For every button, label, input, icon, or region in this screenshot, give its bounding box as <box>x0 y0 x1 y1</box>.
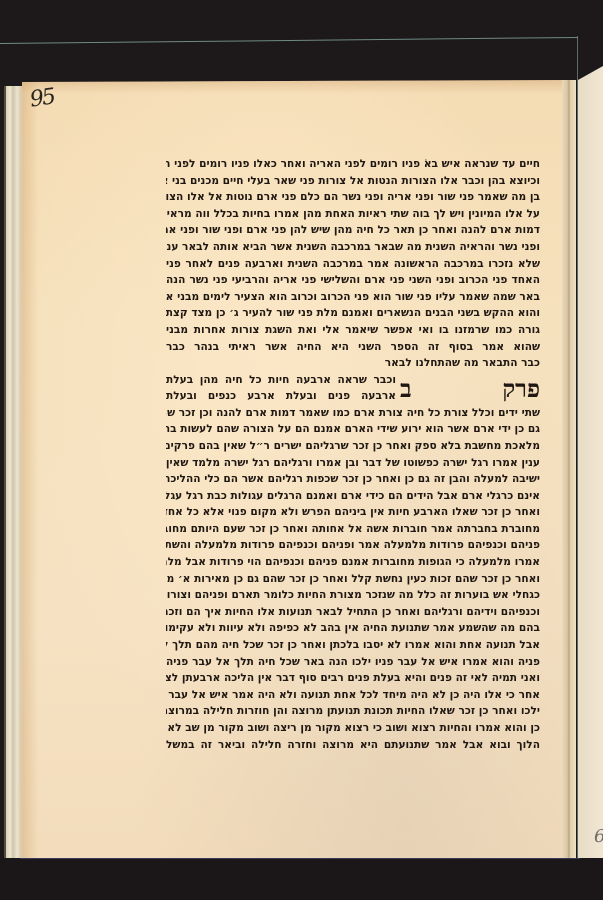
glass-plate-edge-bottom <box>20 858 580 859</box>
text-line: והוא ההקש בשני הבנים הנשארים ואמנם מלת פ… <box>166 305 540 322</box>
text-line: ילכו ואחר כן זכר שאלו החיות תכונת תנועתן… <box>166 703 540 720</box>
hebrew-text-block: חיים עד שנראה איש באׂ פניו רומים לפני הא… <box>166 156 540 753</box>
folio-number: 95 <box>28 84 55 112</box>
text-line: פניהם וכנפיהם פרודות מלמעלה אמר ופניהם ו… <box>166 537 540 554</box>
text-line: שתי ידים וכלל צורת כל חיה צורת ארם כמו ש… <box>166 405 540 422</box>
text-line: האחד פני הכרוב ופני השני פני ארם והשלישי… <box>166 272 540 289</box>
text-section-after-chapter: שתי ידים וכלל צורת כל חיה צורת ארם כמו ש… <box>166 405 540 753</box>
text-line: ישיבה למעלה והבן זה גם כן ואחר כן זכר שכ… <box>166 471 540 488</box>
text-line: באר שמה שאמר עליו פני שור הוא פני הכרוב … <box>166 289 540 306</box>
text-line: שלא נזכרו במרכבה הראשונה אמר במרכבה השני… <box>166 256 540 273</box>
text-line: כגחלי אש בוערות זה כלל מה שנזכר מצורת הח… <box>166 587 540 604</box>
text-line: גורה כמו שרמזנו בו ואי אפשר שיאמר אלי וא… <box>166 322 540 339</box>
text-line: ארבעה פנים ובעלת ארבע כנפים ובעלת <box>166 388 396 405</box>
text-line: דמות ארם להנה ואחר כן תאר כל חיה מהן שיש… <box>166 222 540 239</box>
text-line: ואחר כן זכר שהם זכות כעין נחשת קלל ואחר … <box>166 571 540 588</box>
text-line: ואחר כן זכר שאלו הארבע חיות אין ביניהם ה… <box>166 504 540 521</box>
facing-page-edge <box>578 66 603 866</box>
chapter-word: פרק <box>502 374 540 404</box>
text-line: שהוא אמר בסוף זה הספר השני היא החיה אשר … <box>166 339 540 356</box>
text-line: כן והוא אמרו והחיות רצוא ושוב כי רצוא מק… <box>166 720 540 737</box>
text-line: מלאכת מחשבת בלא ספק ואחר כן זכר שרגליהם … <box>166 438 540 455</box>
text-line: כבר התבאר מה שהתחלנו לבאר <box>166 355 540 372</box>
text-line: אחר כי אלו היה כן לא היה מיחד לכל אחת תנ… <box>166 687 540 704</box>
chapter-number: ב <box>400 374 412 404</box>
text-line: גם כן ידי ארם אשר הוא ירוע שידי הארם אמנ… <box>166 421 540 438</box>
facing-page-folio-number: 6 <box>594 826 603 847</box>
text-line: בהם מה שהשמע אמר שתנועת החיה אין בהב לא … <box>166 620 540 637</box>
text-line: וכיוצא בהן וכבר אלו הצורות הנטות אל צורו… <box>166 173 540 190</box>
text-line: אבל תנועה אחת והוא אמרו לא יסבו בלכתן וא… <box>166 637 540 654</box>
glass-plate-edge-right <box>577 36 578 900</box>
chapter-side-text: וכבר שראה ארבעה חיות כל חיה מהן בעלת ארב… <box>166 372 396 405</box>
text-line: אינם כרגלי ארם אבל הידים הם כידי ארם ואמ… <box>166 488 540 505</box>
book-gutter <box>562 80 576 860</box>
manuscript-scan: 6 95 חיים עד שנראה איש באׂ פניו רומים לפ… <box>0 0 603 900</box>
text-line: ופני נשר והראיה השנית מה שבאר במרכבה השנ… <box>166 239 540 256</box>
text-section-before-chapter: חיים עד שנראה איש באׂ פניו רומים לפני הא… <box>166 156 540 372</box>
text-line: וכנפיהם וידיהם ורגליהם ואחר כן התחיל לבא… <box>166 604 540 621</box>
text-line: חיים עד שנראה איש באׂ פניו רומים לפני הא… <box>166 156 540 173</box>
chapter-heading-row: פרק ב וכבר שראה ארבעה חיות כל חיה מהן בע… <box>166 372 540 405</box>
text-line: פניה והוא אמרו איש אל עבר פניו ילכו הנה … <box>166 654 540 671</box>
text-line: וכבר שראה ארבעה חיות כל חיה מהן בעלת <box>166 372 396 389</box>
chapter-heading: פרק ב <box>400 374 540 404</box>
text-line: ענין אמרו רגל ישרה כפשוטו של דבר ובן אמר… <box>166 455 540 472</box>
text-line: אמרו מלמעלה כי הגופות מחוברות אמנם פניהם… <box>166 554 540 571</box>
text-line: בן מה שאמר פני שור ופני אריה ופני נשר הם… <box>166 189 540 206</box>
scanner-background-bottom <box>0 858 603 900</box>
text-line: הלוך ובוא אבל אמר שתנועתם היא מרוצה וחזר… <box>166 737 540 754</box>
text-line: ואני תמיה לאי זה פנים והיא בעלת פנים רבי… <box>166 670 540 687</box>
glass-plate-edge-top <box>0 37 578 44</box>
text-line: מחוברת בחברתה אמר חוברות אשה אל אחותה וא… <box>166 521 540 538</box>
text-line: על אלו המיונין ויש לך בוה שתי ראיות האחת… <box>166 206 540 223</box>
